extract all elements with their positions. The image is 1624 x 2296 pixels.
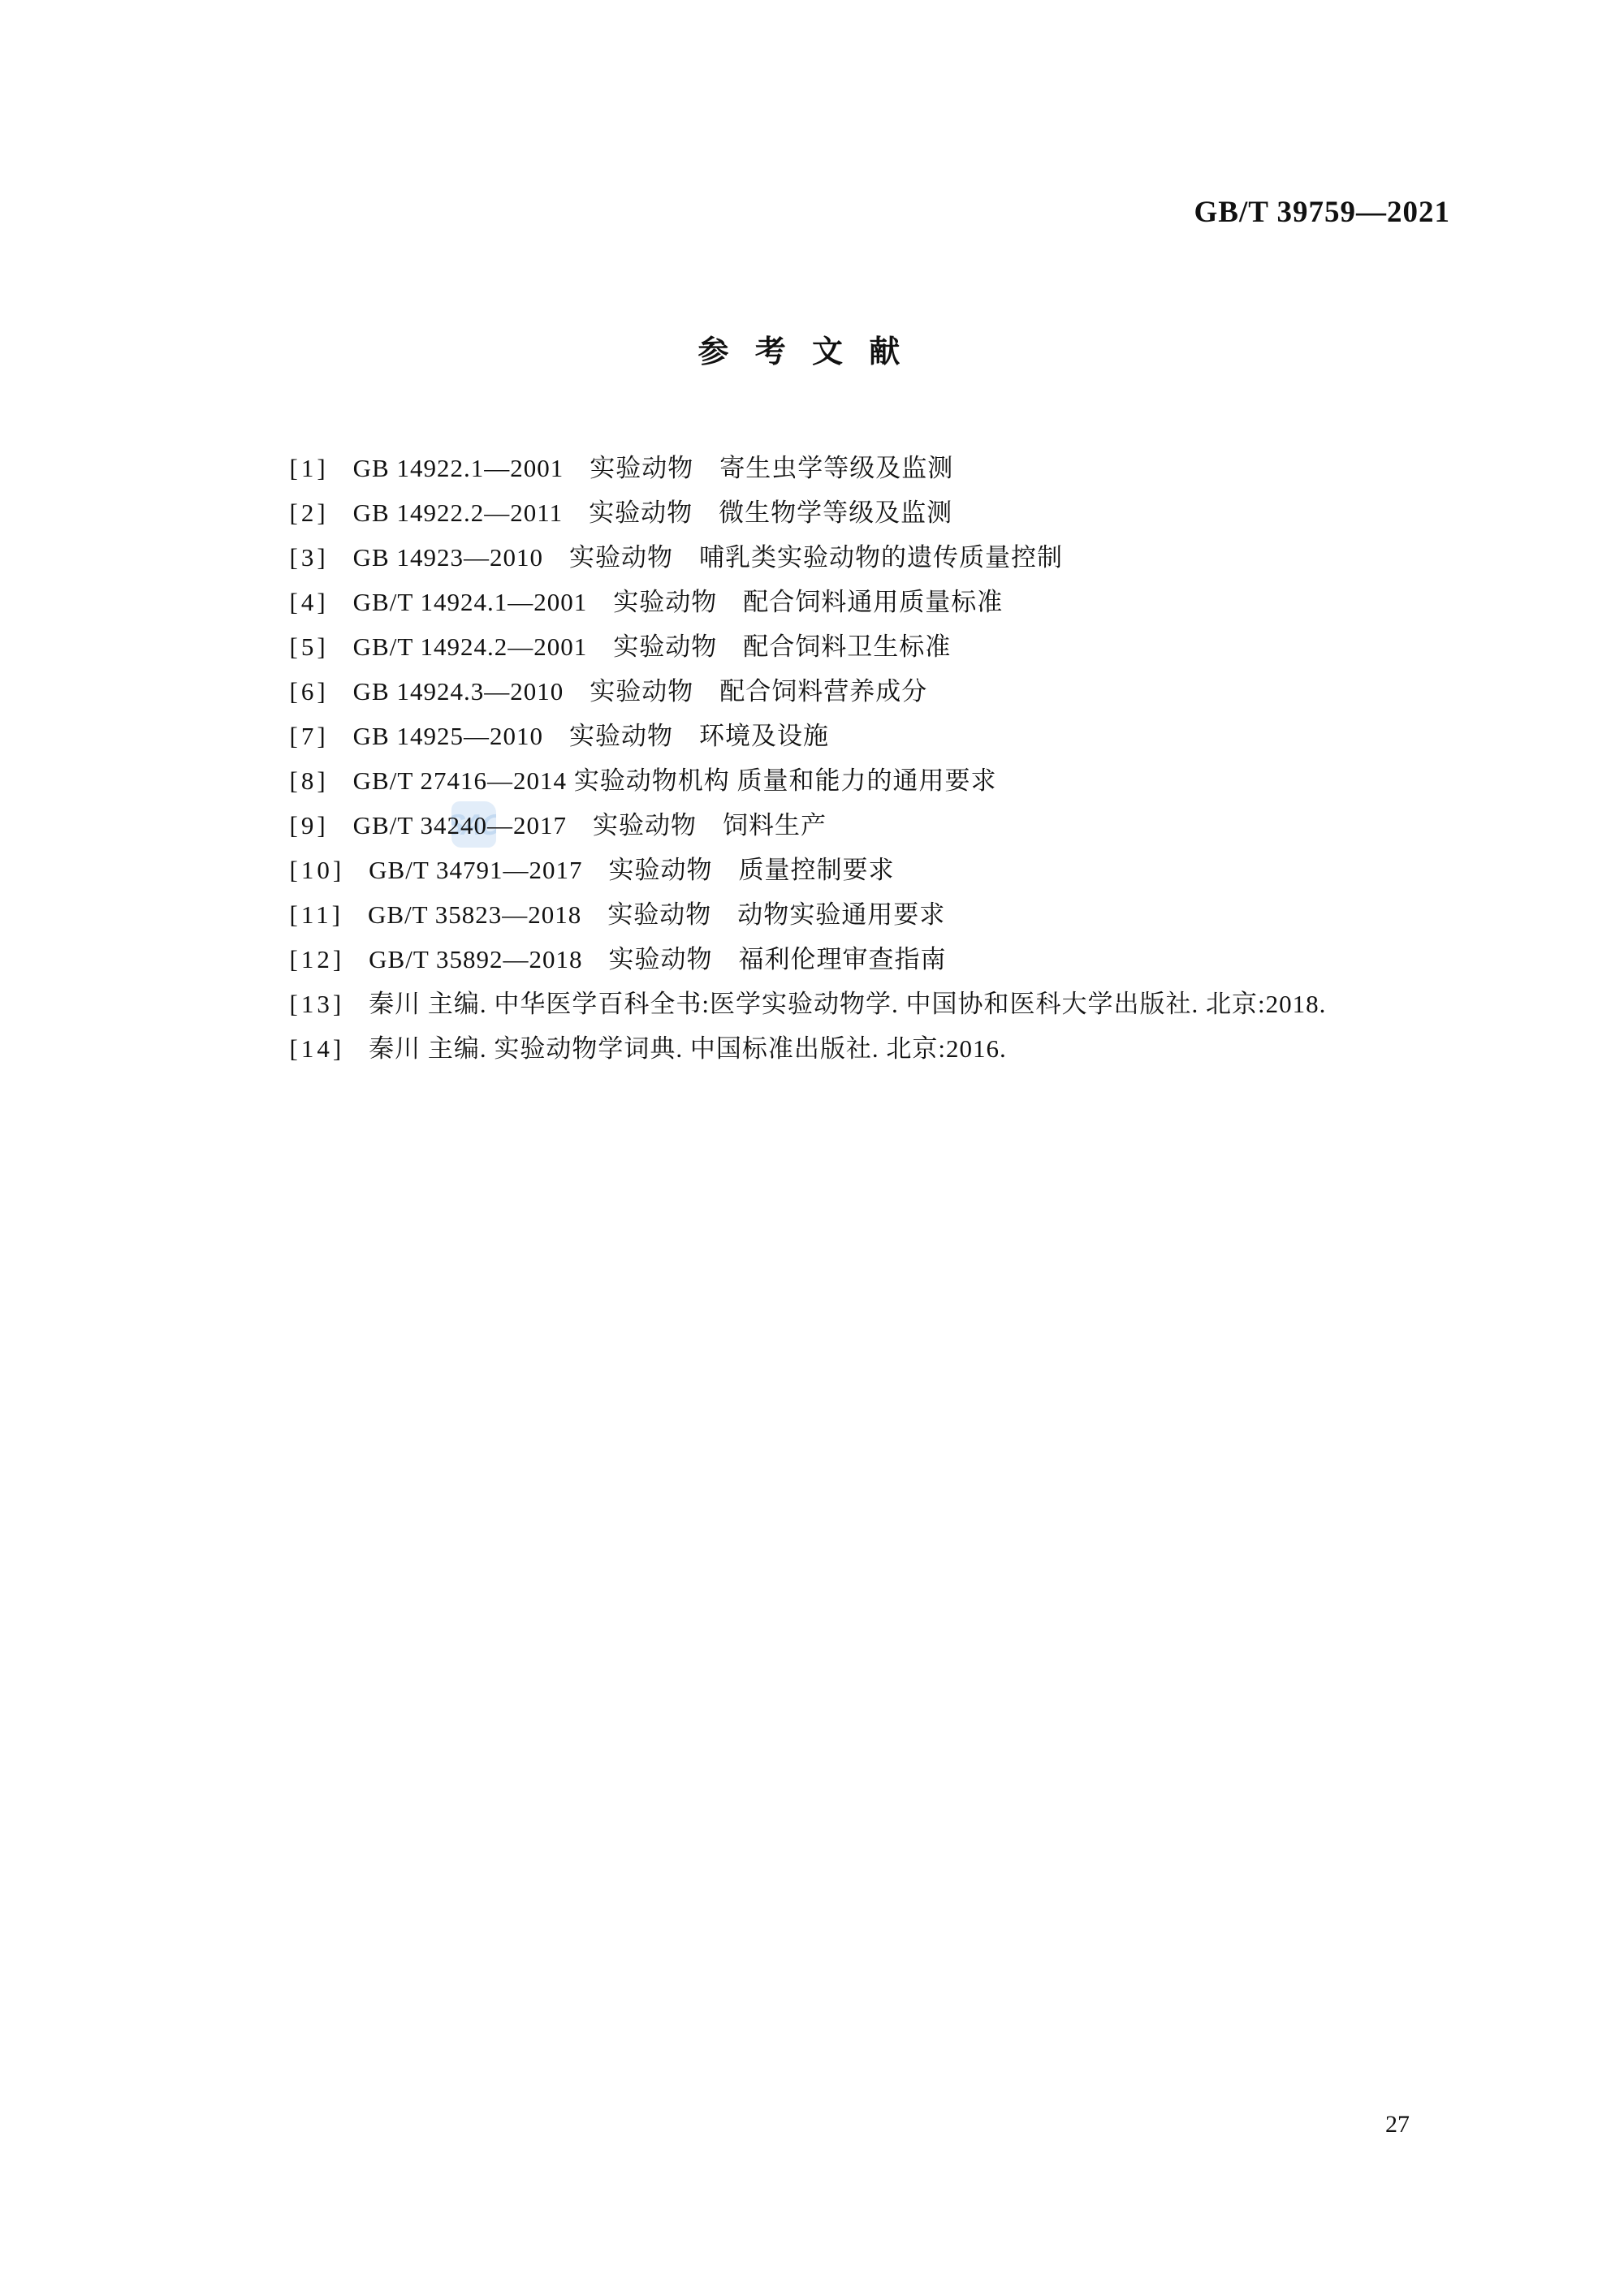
reference-index: [9] <box>290 803 329 848</box>
reference-text: 秦川 主编. 中华医学百科全书:医学实验动物学. 中国协和医科大学出版社. 北京… <box>369 990 1326 1018</box>
page-number: 27 <box>1385 2111 1410 2138</box>
reference-text: GB/T 34791—2017 实验动物 质量控制要求 <box>369 856 894 884</box>
reference-text: GB 14924.3—2010 实验动物 配合饲料营养成分 <box>353 677 928 706</box>
reference-index: [8] <box>290 758 329 803</box>
reference-index: [12] <box>290 937 345 982</box>
reference-index: [2] <box>290 490 329 535</box>
page-title: 参考文献 <box>0 326 1624 371</box>
reference-index: [14] <box>290 1026 345 1071</box>
reference-text: GB/T 14924.1—2001 实验动物 配合饲料通用质量标准 <box>353 588 1004 616</box>
reference-index: [10] <box>290 848 345 892</box>
reference-text: GB 14922.1—2001 实验动物 寄生虫学等级及监测 <box>353 454 954 482</box>
reference-index: [5] <box>290 624 329 669</box>
reference-text: GB/T 35823—2018 实验动物 动物实验通用要求 <box>368 900 945 929</box>
reference-text: GB 14925—2010 实验动物 环境及设施 <box>353 722 829 750</box>
reference-text: GB 14923—2010 实验动物 哺乳类实验动物的遗传质量控制 <box>353 543 1063 572</box>
reference-index: [1] <box>290 446 329 490</box>
document-page: GB/T 39759—2021 参考文献 SAC [1]GB 14922.1—2… <box>0 0 1624 2296</box>
reference-list: [1]GB 14922.1—2001 实验动物 寄生虫学等级及监测 [2]GB … <box>252 401 1453 1026</box>
reference-text: GB/T 27416—2014 实验动物机构 质量和能力的通用要求 <box>353 766 997 795</box>
reference-text: GB/T 34240—2017 实验动物 饲料生产 <box>353 811 827 839</box>
reference-index: [4] <box>290 580 329 624</box>
reference-text: GB 14922.2—2011 实验动物 微生物学等级及监测 <box>353 498 952 527</box>
reference-index: [13] <box>290 982 345 1026</box>
reference-text: 秦川 主编. 实验动物学词典. 中国标准出版社. 北京:2016. <box>369 1034 1007 1063</box>
reference-index: [11] <box>290 892 344 937</box>
reference-index: [7] <box>290 714 329 758</box>
reference-item: [1]GB 14922.1—2001 实验动物 寄生虫学等级及监测 <box>252 401 1453 446</box>
reference-index: [3] <box>290 535 329 580</box>
standard-number-header: GB/T 39759—2021 <box>1194 195 1451 230</box>
reference-text: GB/T 35892—2018 实验动物 福利伦理审查指南 <box>369 945 946 973</box>
reference-text: GB/T 14924.2—2001 实验动物 配合饲料卫生标准 <box>353 632 952 661</box>
reference-index: [6] <box>290 669 329 714</box>
